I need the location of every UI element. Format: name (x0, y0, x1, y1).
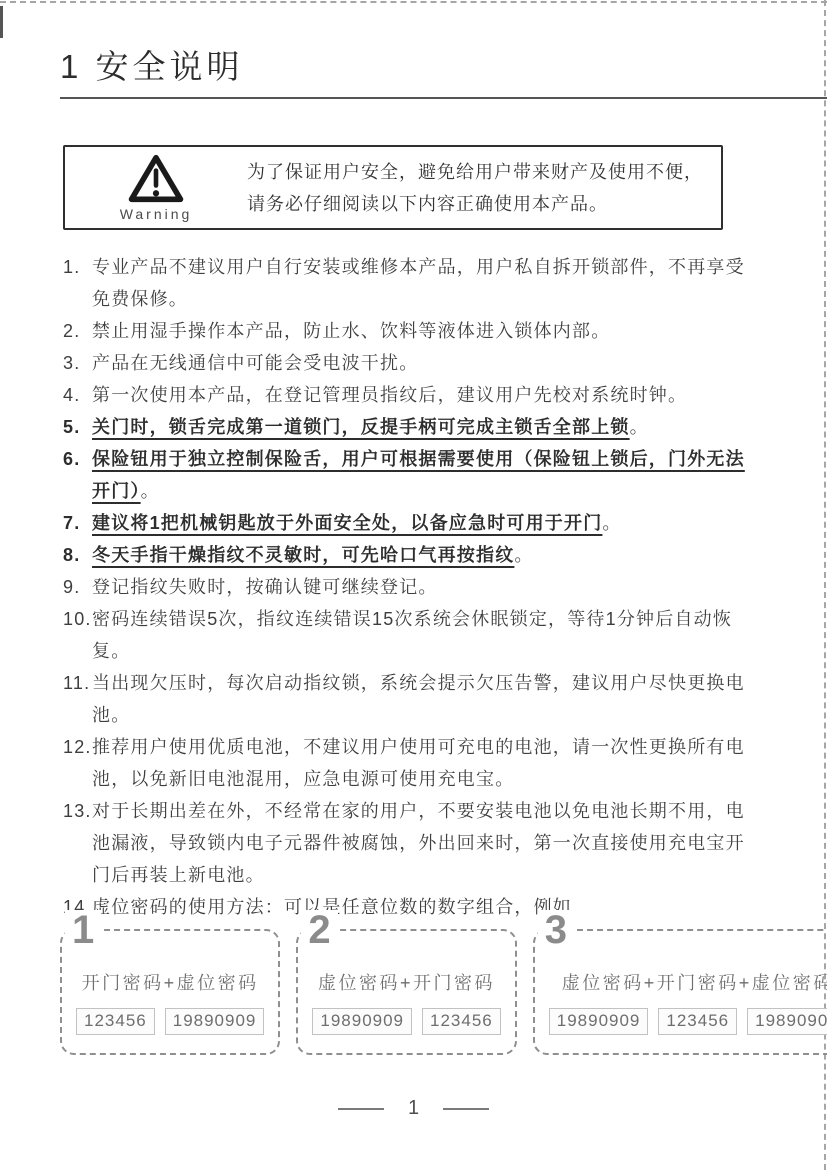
warning-triangle-icon (128, 154, 184, 208)
notice-number: 12. (63, 731, 92, 795)
notice-number: 4. (63, 379, 92, 411)
notice-text-line: 产品在无线通信中可能会受电波干扰。 (92, 347, 752, 379)
notice-text-content: 第一次使用本产品，在登记管理员指纹后，建议用户先校对系统时钟。 (92, 385, 687, 405)
notice-text-line: 冬天手指干燥指纹不灵敏时，可先哈口气再按指纹。 (92, 539, 752, 571)
notice-text-line: 第一次使用本产品，在登记管理员指纹后，建议用户先校对系统时钟。 (92, 379, 752, 411)
notice-text-line: 当出现欠压时，每次启动指纹锁，系统会提示欠压告警，建议用户尽快更换电 (92, 667, 752, 699)
notice-text-suffix: 。 (514, 545, 533, 565)
password-chip: 19890909 (165, 1008, 265, 1035)
warning-icon-block: Warning (65, 154, 247, 222)
notice-text: 密码连续错误5次，指纹连续错误15次系统会休眠锁定，等待1分钟后自动恢复。 (92, 603, 752, 667)
password-chip: 19890909 (549, 1008, 649, 1035)
notice-text-line: 门后再装上新电池。 (92, 859, 752, 891)
notice-item-8: 8.冬天手指干燥指纹不灵敏时，可先哈口气再按指纹。 (63, 539, 755, 571)
page-cut-mark-left (0, 6, 3, 38)
notice-text: 登记指纹失败时，按确认键可继续登记。 (92, 571, 752, 603)
notice-text-content: 冬天手指干燥指纹不灵敏时，可先哈口气再按指纹 (92, 545, 514, 565)
notice-text-content: 池。 (92, 705, 130, 725)
example-box-1: 1开门密码+虚位密码12345619890909 (60, 929, 280, 1055)
notice-text: 虚位密码的使用方法：可以是任意位数的数字组合，例如 (92, 891, 752, 923)
notice-number: 2. (63, 315, 92, 347)
notice-number: 10. (63, 603, 92, 667)
notice-text-content: 推荐用户使用优质电池，不建议用户使用可充电的电池，请一次性更换所有电 (92, 737, 745, 757)
notice-item-1: 1.专业产品不建议用户自行安装或维修本产品，用户私自拆开锁部件，不再享受免费保修… (63, 251, 755, 315)
notice-text: 禁止用湿手操作本产品，防止水、饮料等液体进入锁体内部。 (92, 315, 752, 347)
notice-text-content: 禁止用湿手操作本产品，防止水、饮料等液体进入锁体内部。 (92, 321, 610, 341)
notice-text-line: 保险钮用于独立控制保险舌，用户可根据需要使用（保险钮上锁后，门外无法 (92, 443, 752, 475)
examples-row: 1开门密码+虚位密码123456198909092虚位密码+开门密码198909… (60, 929, 827, 1055)
notice-text: 冬天手指干燥指纹不灵敏时，可先哈口气再按指纹。 (92, 539, 752, 571)
notice-text-content: 门后再装上新电池。 (92, 865, 265, 885)
example-values: 12345619890909 (76, 1008, 264, 1035)
notice-item-10: 10.密码连续错误5次，指纹连续错误15次系统会休眠锁定，等待1分钟后自动恢复。 (63, 603, 755, 667)
notice-text-content: 登记指纹失败时，按确认键可继续登记。 (92, 577, 438, 597)
notice-number: 5. (63, 411, 92, 443)
notice-number: 9. (63, 571, 92, 603)
notice-item-2: 2.禁止用湿手操作本产品，防止水、饮料等液体进入锁体内部。 (63, 315, 755, 347)
footer-dash-right (443, 1108, 489, 1110)
notice-text: 产品在无线通信中可能会受电波干扰。 (92, 347, 752, 379)
notice-number: 6. (63, 443, 92, 507)
notice-text-content: 当出现欠压时，每次启动指纹锁，系统会提示欠压告警，建议用户尽快更换电 (92, 673, 745, 693)
notice-item-14: 14.虚位密码的使用方法：可以是任意位数的数字组合，例如 (63, 891, 755, 923)
example-values: 1989090912345619890909 (549, 1008, 827, 1035)
notice-text-line: 建议将1把机械钥匙放于外面安全处，以备应急时可用于开门。 (92, 507, 752, 539)
notice-text-line: 虚位密码的使用方法：可以是任意位数的数字组合，例如 (92, 891, 752, 923)
notice-text: 保险钮用于独立控制保险舌，用户可根据需要使用（保险钮上锁后，门外无法开门）。 (92, 443, 752, 507)
warning-text-line1: 为了保证用户安全，避免给用户带来财产及使用不便， (247, 156, 721, 188)
notice-number: 7. (63, 507, 92, 539)
notice-text-content: 建议将1把机械钥匙放于外面安全处，以备应急时可用于开门 (92, 513, 602, 533)
notice-item-12: 12.推荐用户使用优质电池，不建议用户使用可充电的电池，请一次性更换所有电池，以… (63, 731, 755, 795)
notice-text-line: 开门）。 (92, 475, 752, 507)
notice-number: 11. (63, 667, 92, 731)
notice-text-content: 密码连续错误5次，指纹连续错误15次系统会休眠锁定，等待1分钟后自动恢 (92, 609, 732, 629)
notice-item-5: 5.关门时，锁舌完成第一道锁门，反提手柄可完成主锁舌全部上锁。 (63, 411, 755, 443)
notice-text-line: 密码连续错误5次，指纹连续错误15次系统会休眠锁定，等待1分钟后自动恢 (92, 603, 752, 635)
notice-text-content: 保险钮用于独立控制保险舌，用户可根据需要使用（保险钮上锁后，门外无法 (92, 449, 745, 469)
example-label: 虚位密码+开门密码 (312, 969, 500, 995)
notice-text: 专业产品不建议用户自行安装或维修本产品，用户私自拆开锁部件，不再享受免费保修。 (92, 251, 752, 315)
notice-text-content: 产品在无线通信中可能会受电波干扰。 (92, 353, 418, 373)
notice-text-line: 专业产品不建议用户自行安装或维修本产品，用户私自拆开锁部件，不再享受 (92, 251, 752, 283)
password-chip: 19890909 (747, 1008, 827, 1035)
notice-number: 13. (63, 795, 92, 891)
notice-number: 3. (63, 347, 92, 379)
notice-text: 当出现欠压时，每次启动指纹锁，系统会提示欠压告警，建议用户尽快更换电池。 (92, 667, 752, 731)
notice-text-line: 池，以免新旧电池混用，应急电源可使用充电宝。 (92, 763, 752, 795)
notice-text: 推荐用户使用优质电池，不建议用户使用可充电的电池，请一次性更换所有电池，以免新旧… (92, 731, 752, 795)
notice-text: 关门时，锁舌完成第一道锁门，反提手柄可完成主锁舌全部上锁。 (92, 411, 752, 443)
notice-text: 对于长期出差在外，不经常在家的用户，不要安装电池以免电池长期不用，电池漏液，导致… (92, 795, 752, 891)
notice-text-suffix: 。 (602, 513, 621, 533)
notice-item-7: 7.建议将1把机械钥匙放于外面安全处，以备应急时可用于开门。 (63, 507, 755, 539)
example-box-3: 3虚位密码+开门密码+虚位密码1989090912345619890909 (533, 929, 827, 1055)
notice-number: 1. (63, 251, 92, 315)
notice-item-13: 13.对于长期出差在外，不经常在家的用户，不要安装电池以免电池长期不用，电池漏液… (63, 795, 755, 891)
notice-text-content: 免费保修。 (92, 289, 188, 309)
notice-text: 建议将1把机械钥匙放于外面安全处，以备应急时可用于开门。 (92, 507, 752, 539)
example-label: 开门密码+虚位密码 (76, 969, 264, 995)
example-number: 2 (301, 910, 337, 950)
page-cut-mark-top (0, 1, 827, 3)
example-box-2: 2虚位密码+开门密码19890909123456 (296, 929, 516, 1055)
notice-number: 8. (63, 539, 92, 571)
notice-item-11: 11.当出现欠压时，每次启动指纹锁，系统会提示欠压告警，建议用户尽快更换电池。 (63, 667, 755, 731)
notice-item-6: 6.保险钮用于独立控制保险舌，用户可根据需要使用（保险钮上锁后，门外无法开门）。 (63, 443, 755, 507)
notice-text-line: 登记指纹失败时，按确认键可继续登记。 (92, 571, 752, 603)
page-number: 1 (408, 1097, 419, 1120)
warning-label: Warning (120, 206, 193, 222)
notice-text-content: 池漏液，导致锁内电子元器件被腐蚀，外出回来时，第一次直接使用充电宝开 (92, 833, 745, 853)
example-label: 虚位密码+开门密码+虚位密码 (549, 969, 827, 995)
notice-text: 第一次使用本产品，在登记管理员指纹后，建议用户先校对系统时钟。 (92, 379, 752, 411)
warning-text: 为了保证用户安全，避免给用户带来财产及使用不便， 请务必仔细阅读以下内容正确使用… (247, 156, 721, 220)
example-values: 19890909123456 (312, 1008, 500, 1035)
password-chip: 19890909 (312, 1008, 412, 1035)
warning-box: Warning 为了保证用户安全，避免给用户带来财产及使用不便， 请务必仔细阅读… (63, 145, 723, 230)
footer-dash-left (338, 1108, 384, 1110)
notice-item-3: 3.产品在无线通信中可能会受电波干扰。 (63, 347, 755, 379)
notice-text-content: 关门时，锁舌完成第一道锁门，反提手柄可完成主锁舌全部上锁 (92, 417, 630, 437)
notice-text-content: 专业产品不建议用户自行安装或维修本产品，用户私自拆开锁部件，不再享受 (92, 257, 745, 277)
notice-text-content: 对于长期出差在外，不经常在家的用户，不要安装电池以免电池长期不用，电 (92, 801, 745, 821)
warning-text-line2: 请务必仔细阅读以下内容正确使用本产品。 (247, 188, 721, 220)
notice-text-content: 池，以免新旧电池混用，应急电源可使用充电宝。 (92, 769, 514, 789)
example-number: 1 (65, 910, 101, 950)
notice-text-content: 开门） (92, 481, 141, 501)
password-chip: 123456 (658, 1008, 737, 1035)
notice-text-line: 池。 (92, 699, 752, 731)
title-divider (60, 97, 827, 99)
notice-text-line: 推荐用户使用优质电池，不建议用户使用可充电的电池，请一次性更换所有电 (92, 731, 752, 763)
notice-text-line: 禁止用湿手操作本产品，防止水、饮料等液体进入锁体内部。 (92, 315, 752, 347)
notice-text-line: 免费保修。 (92, 283, 752, 315)
notice-text-suffix: 。 (630, 417, 649, 437)
password-chip: 123456 (422, 1008, 501, 1035)
notice-text-suffix: 。 (141, 481, 160, 501)
notice-text-line: 复。 (92, 635, 752, 667)
notice-text-line: 池漏液，导致锁内电子元器件被腐蚀，外出回来时，第一次直接使用充电宝开 (92, 827, 752, 859)
notice-item-4: 4.第一次使用本产品，在登记管理员指纹后，建议用户先校对系统时钟。 (63, 379, 755, 411)
page-footer: 1 (0, 1097, 827, 1120)
notice-text-content: 复。 (92, 641, 130, 661)
example-number: 3 (538, 910, 574, 950)
notice-list: 1.专业产品不建议用户自行安装或维修本产品，用户私自拆开锁部件，不再享受免费保修… (63, 251, 755, 923)
notice-item-9: 9.登记指纹失败时，按确认键可继续登记。 (63, 571, 755, 603)
password-chip: 123456 (76, 1008, 155, 1035)
page-title: 1 安全说明 (60, 46, 827, 88)
notice-text-line: 关门时，锁舌完成第一道锁门，反提手柄可完成主锁舌全部上锁。 (92, 411, 752, 443)
notice-text-line: 对于长期出差在外，不经常在家的用户，不要安装电池以免电池长期不用，电 (92, 795, 752, 827)
